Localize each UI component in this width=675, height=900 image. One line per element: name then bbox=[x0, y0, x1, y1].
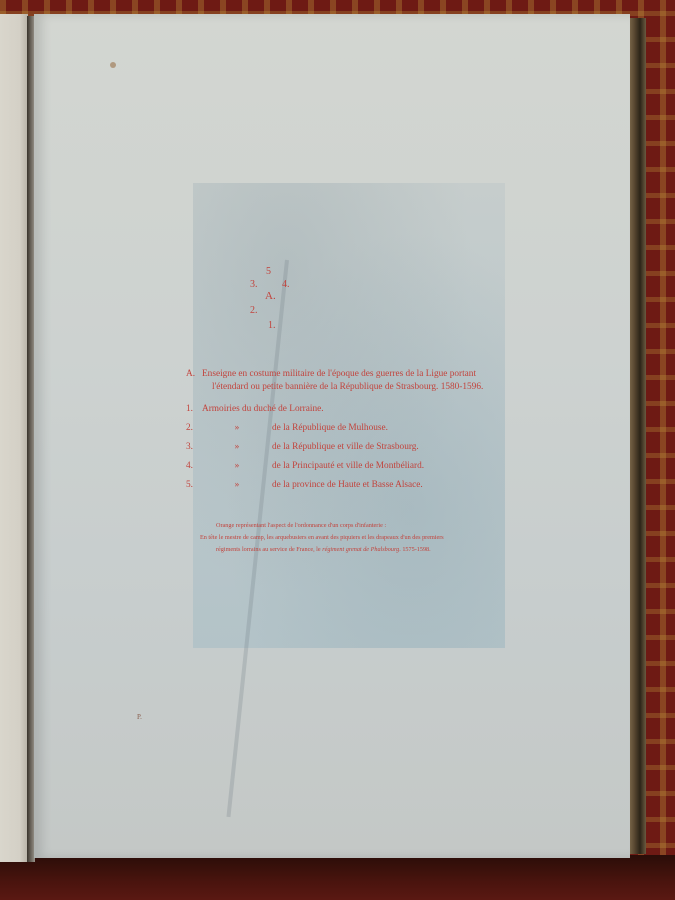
legend-label: A. bbox=[186, 368, 202, 381]
ditto-mark: » bbox=[202, 460, 272, 473]
legend-entry: 1. Armoiries du duché de Lorraine. bbox=[186, 400, 536, 419]
legend-text: Armoiries du duché de Lorraine. bbox=[202, 403, 324, 416]
facing-page-edge bbox=[0, 14, 28, 862]
legend-text: de la province de Haute et Basse Alsace. bbox=[272, 479, 423, 492]
ditto-mark: » bbox=[202, 479, 272, 492]
ditto-mark: » bbox=[202, 422, 272, 435]
page-mark: P. bbox=[137, 713, 142, 721]
key-label-A: A. bbox=[265, 290, 276, 302]
legend-text: de la Principauté et ville de Montbéliar… bbox=[272, 460, 424, 473]
legend-text: de la République de Mulhouse. bbox=[272, 422, 388, 435]
caption-line-3: régiments lorrains au service de France,… bbox=[200, 544, 530, 556]
legend-entry: 2. » de la République de Mulhouse. bbox=[186, 419, 536, 438]
table-surface bbox=[0, 855, 675, 900]
foxing-spot bbox=[110, 62, 116, 68]
caption-line-1: Orange représentant l'aspect de l'ordonn… bbox=[200, 520, 530, 532]
legend-num: 3. bbox=[186, 441, 202, 454]
caption-italic: régiment grenat de Phalsbourg bbox=[322, 546, 399, 553]
key-label-3: 3. bbox=[250, 279, 258, 290]
legend-num: 1. bbox=[186, 403, 202, 416]
legend-entry: 3. » de la République et ville de Strasb… bbox=[186, 438, 536, 457]
legend-text-cont: l'étendard ou petite bannière de la Répu… bbox=[186, 381, 536, 394]
legend-num: 5. bbox=[186, 479, 202, 492]
plate-caption: Orange représentant l'aspect de l'ordonn… bbox=[200, 520, 530, 556]
legend-num: 4. bbox=[186, 460, 202, 473]
legend-entry: 5. » de la province de Haute et Basse Al… bbox=[186, 476, 536, 495]
caption-date: . 1575-1598. bbox=[399, 546, 430, 553]
plate-legend: A. Enseigne en costume militaire de l'ép… bbox=[186, 368, 536, 495]
key-label-1: 1. bbox=[268, 320, 276, 331]
ditto-mark: » bbox=[202, 441, 272, 454]
key-label-4: 4. bbox=[282, 279, 290, 290]
caption-text: régiments lorrains au service de France,… bbox=[216, 546, 322, 553]
key-label-2: 2. bbox=[250, 305, 258, 316]
legend-text: Enseigne en costume militaire de l'époqu… bbox=[202, 368, 476, 381]
legend-num: 2. bbox=[186, 422, 202, 435]
legend-text: de la République et ville de Strasbourg. bbox=[272, 441, 419, 454]
legend-entry: 4. » de la Principauté et ville de Montb… bbox=[186, 457, 536, 476]
legend-entry-A: A. Enseigne en costume militaire de l'ép… bbox=[186, 368, 536, 394]
key-label-5: 5 bbox=[266, 266, 271, 277]
caption-line-2: En tête le mestre de camp, les arquebusi… bbox=[200, 532, 530, 544]
